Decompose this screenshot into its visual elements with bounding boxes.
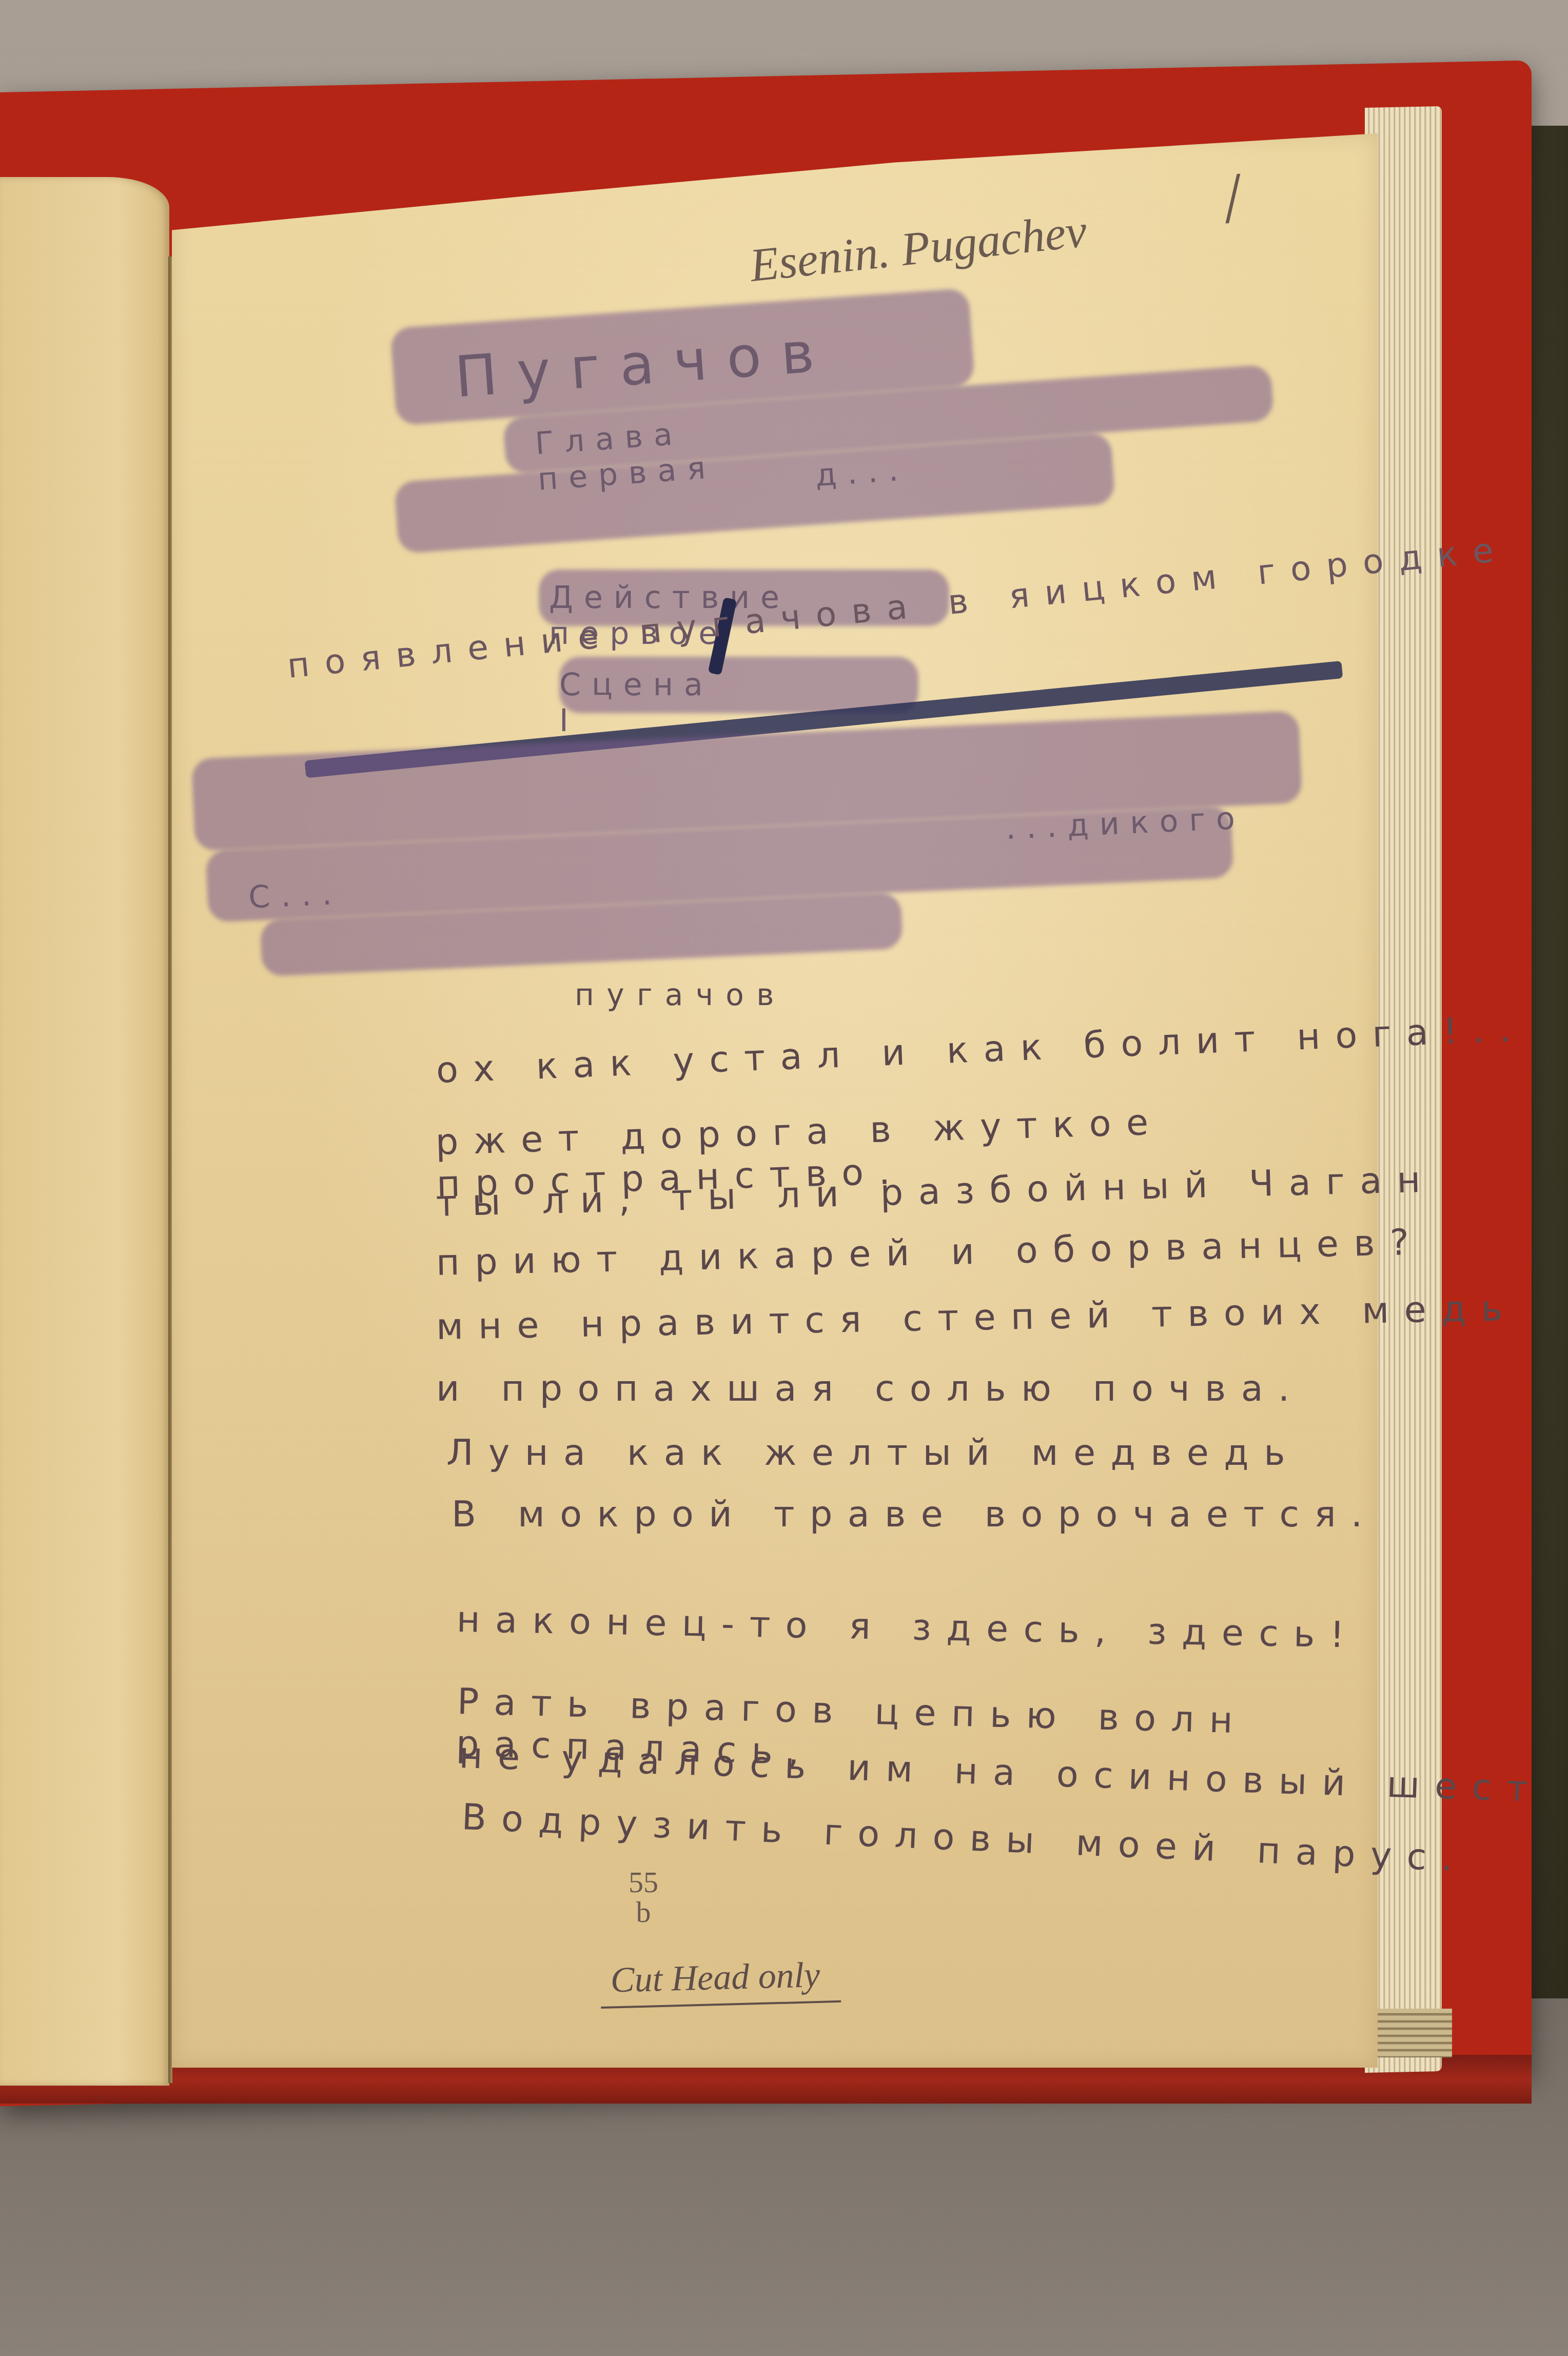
struck-line-2: д... bbox=[814, 451, 910, 494]
page-number: 55 b bbox=[629, 1868, 658, 1927]
poem-line: Луна как желтый медведь bbox=[446, 1431, 1300, 1474]
bottom-annotation: Cut Head only bbox=[600, 1954, 841, 2009]
poem-line: В мокрой траве ворочается. bbox=[452, 1493, 1378, 1535]
struck-line-1: Глава первая bbox=[534, 414, 717, 498]
page-number-value: 55 bbox=[629, 1868, 658, 1897]
book-gutter bbox=[168, 257, 172, 2083]
struck-fragment-2: С... bbox=[248, 875, 343, 915]
speaker-name: пугачов bbox=[575, 977, 787, 1012]
poem-line: и пропахшая солью почва. bbox=[436, 1367, 1305, 1409]
page-number-sub: b bbox=[629, 1897, 658, 1927]
facing-left-page bbox=[0, 177, 169, 2086]
photo-scene: Esenin. Pugachev / Пугачов Глава первая … bbox=[0, 0, 1568, 2356]
